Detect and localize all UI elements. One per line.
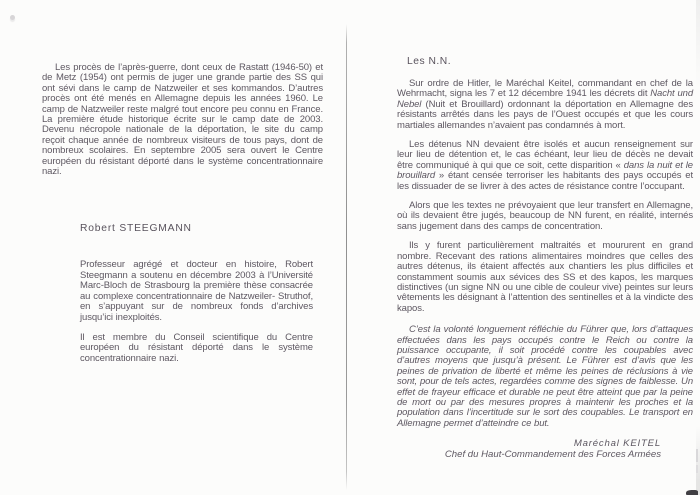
body-paragraph: Alors que les textes ne prévoyaient que … xyxy=(397,201,693,232)
section-heading: Les N.N. xyxy=(407,56,693,67)
scan-smudge xyxy=(10,15,15,20)
italic-text-run: C’est la volonté longuement réfléchie du… xyxy=(397,324,693,429)
left-page-paragraph: Les procès de l’après-guerre, dont ceux … xyxy=(42,63,323,177)
right-page: Les N.N. Sur ordre de Hitler, le Marécha… xyxy=(397,56,693,461)
text-run: » étant censée terroriser les habitants … xyxy=(397,170,693,191)
text-run: (Nuit et Brouillard) ordonnant la déport… xyxy=(397,99,693,131)
text-run: Sur ordre de Hitler, le Maréchal Keitel,… xyxy=(397,78,693,99)
text-run: Les procès de l’après-guerre, dont ceux … xyxy=(42,62,323,177)
text-run: Il est membre du Conseil scientifique du… xyxy=(80,332,313,364)
body-paragraph: Ils y furent particulièrement maltraités… xyxy=(397,241,693,314)
text-run: Ils y furent particulièrement maltraités… xyxy=(397,240,693,313)
author-block: Robert STEEGMANN Professeur agrégé et do… xyxy=(80,223,313,364)
text-run: Professeur agrégé et docteur en histoire… xyxy=(80,259,313,322)
scan-edge-artifact xyxy=(696,449,698,462)
author-name: Robert STEEGMANN xyxy=(80,223,313,234)
scan-corner-artifact xyxy=(686,490,698,495)
signature-block: Maréchal KEITEL Chef du Haut-Commandemen… xyxy=(397,438,693,460)
author-bio-paragraph: Professeur agrégé et docteur en histoire… xyxy=(80,260,313,322)
page-gutter-line xyxy=(346,24,347,490)
left-page: Les procès de l’après-guerre, dont ceux … xyxy=(42,63,323,374)
keitel-decree-quote: C’est la volonté longuement réfléchie du… xyxy=(397,325,693,429)
text-run: Alors que les textes ne prévoyaient que … xyxy=(397,200,693,232)
body-paragraph: Les détenus NN devaient être isolés et a… xyxy=(397,140,693,192)
signature-name: Maréchal KEITEL xyxy=(397,438,661,449)
signature-title: Chef du Haut-Commandement des Forces Arm… xyxy=(397,449,661,460)
author-bio-paragraph: Il est membre du Conseil scientifique du… xyxy=(80,333,313,364)
scan-edge-shadow xyxy=(696,0,700,495)
body-paragraph: Sur ordre de Hitler, le Maréchal Keitel,… xyxy=(397,79,693,131)
scanned-book-spread: { "colors": { "paper": "#fcfcfb", "ink":… xyxy=(0,0,700,495)
scan-edge-artifact xyxy=(696,465,698,473)
